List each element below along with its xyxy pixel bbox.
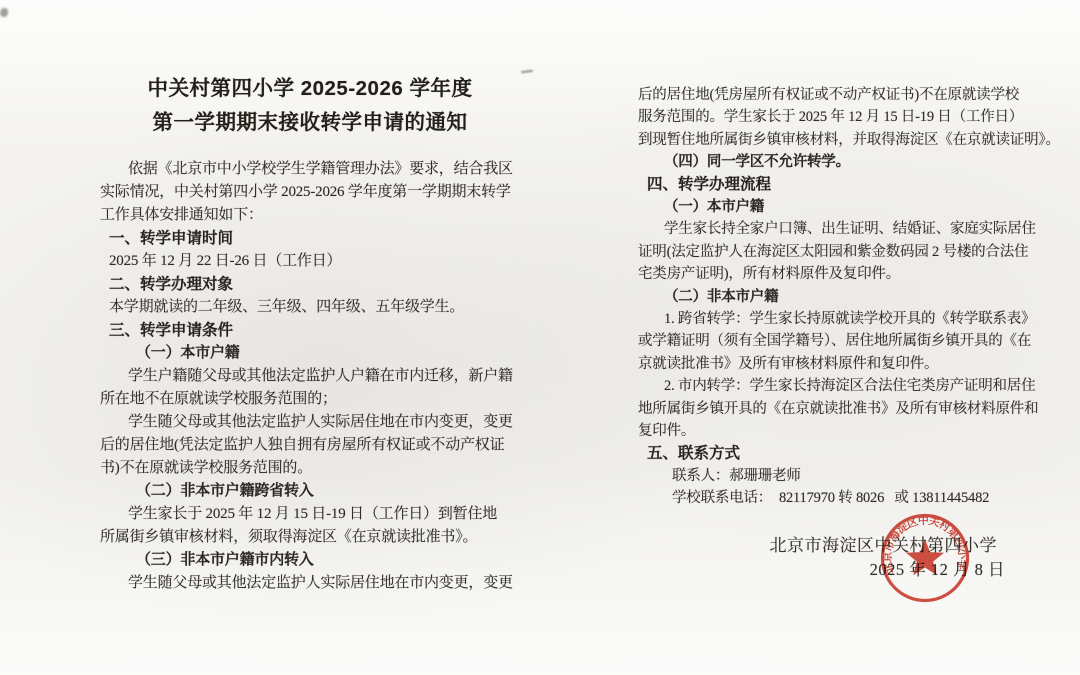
subsection-heading: （二）非本市户籍跨省转入 xyxy=(100,480,524,503)
text-line: 所在地不在原就读学校服务范围的； xyxy=(100,388,524,411)
text-line: 工作具体安排通知如下： xyxy=(100,204,524,227)
right-text-column: 后的居住地(凭房屋所有权证或不动产权证书)不在原就读学校服务范围的。学生家长于 … xyxy=(638,84,1040,510)
subsection-heading: （三）非本市户籍市内转入 xyxy=(100,549,524,572)
text-line: 地所属街乡镇开具的《在京就读批准书》及所有审核材料原件和 xyxy=(638,398,1040,420)
seal-star-icon xyxy=(906,539,944,575)
text-line: 服务范围的。学生家长于 2025 年 12 月 15 日-19 日（工作日） xyxy=(638,106,1040,128)
section-heading: 三、转学申请条件 xyxy=(100,319,524,342)
text-line: 依据《北京市中小学校学生学籍管理办法》要求，结合我区 xyxy=(100,158,524,181)
text-line: 1. 跨省转学：学生家长持原就读学校开具的《转学联系表》 xyxy=(638,308,1040,330)
text-line: 所属街乡镇审核材料，须取得海淀区《在京就读批准书》。 xyxy=(100,526,524,549)
text-line: 2. 市内转学：学生家长持海淀区合法住宅类房产证明和居住 xyxy=(638,375,1040,397)
subsection-heading: （一）本市户籍 xyxy=(638,196,1040,218)
official-seal: 北京市海淀区中关村第四小学 xyxy=(878,511,972,605)
scanned-notice-page: 中关村第四小学 2025-2026 学年度 第一学期期末接收转学申请的通知 依据… xyxy=(0,0,1080,675)
text-line: 复印件。 xyxy=(638,420,1040,442)
text-line: 后的居住地(凭法定监护人独自拥有房屋所有权证或不动产权证 xyxy=(100,434,524,457)
text-line: 学生随父母或其他法定监护人实际居住地在市内变更，变更 xyxy=(100,411,524,434)
section-heading: 二、转学办理对象 xyxy=(100,273,524,296)
text-line: 学校联系电话： 82117970 转 8026 或 13811445482 xyxy=(638,487,1040,509)
text-line: 宅类房产证明)，所有材料原件及复印件。 xyxy=(638,263,1040,285)
text-line: 学生随父母或其他法定监护人实际居住地在市内变更，变更 xyxy=(100,572,524,595)
scan-smudge-corner xyxy=(0,8,8,17)
text-line: 学生家长持全家户口簿、出生证明、结婚证、家庭实际居住 xyxy=(638,218,1040,240)
text-line: 联系人：郝珊珊老师 xyxy=(638,465,1040,487)
section-heading: 一、转学申请时间 xyxy=(100,227,524,250)
text-line: 后的居住地(凭房屋所有权证或不动产权证书)不在原就读学校 xyxy=(638,84,1040,106)
page-title: 中关村第四小学 2025-2026 学年度 第一学期期末接收转学申请的通知 xyxy=(100,72,520,140)
title-line-1: 中关村第四小学 2025-2026 学年度 xyxy=(100,72,520,106)
section-heading: 五、联系方式 xyxy=(638,443,1040,465)
text-line: 到现暂住地所属街乡镇审核材料，并取得海淀区《在京就读证明》。 xyxy=(638,129,1040,151)
text-line: 学生户籍随父母或其他法定监护人户籍在市内迁移，新户籍 xyxy=(100,365,524,388)
subsection-heading: （四）同一学区不允许转学。 xyxy=(638,151,1040,173)
text-line: 2025 年 12 月 22 日-26 日（工作日） xyxy=(100,250,524,273)
left-text-column: 依据《北京市中小学校学生学籍管理办法》要求，结合我区实际情况，中关村第四小学 2… xyxy=(100,158,524,595)
text-line: 书)不在原就读学校服务范围的。 xyxy=(100,457,524,480)
scan-smudge-dash xyxy=(521,69,533,74)
text-line: 或学籍证明（须有全国学籍号）、居住地所属街乡镇开具的《在 xyxy=(638,330,1040,352)
text-line: 京就读批准书》及所有审核材料原件和复印件。 xyxy=(638,353,1040,375)
section-heading: 四、转学办理流程 xyxy=(638,174,1040,196)
title-line-2: 第一学期期末接收转学申请的通知 xyxy=(100,106,520,140)
subsection-heading: （一）本市户籍 xyxy=(100,342,524,365)
text-line: 实际情况，中关村第四小学 2025-2026 学年度第一学期期末转学 xyxy=(100,181,524,204)
text-line: 学生家长于 2025 年 12 月 15 日-19 日（工作日）到暂住地 xyxy=(100,503,524,526)
text-line: 本学期就读的二年级、三年级、四年级、五年级学生。 xyxy=(100,296,524,319)
text-line: 证明(法定监护人在海淀区太阳园和紫金数码园 2 号楼的合法住 xyxy=(638,241,1040,263)
subsection-heading: （二）非本市户籍 xyxy=(638,286,1040,308)
